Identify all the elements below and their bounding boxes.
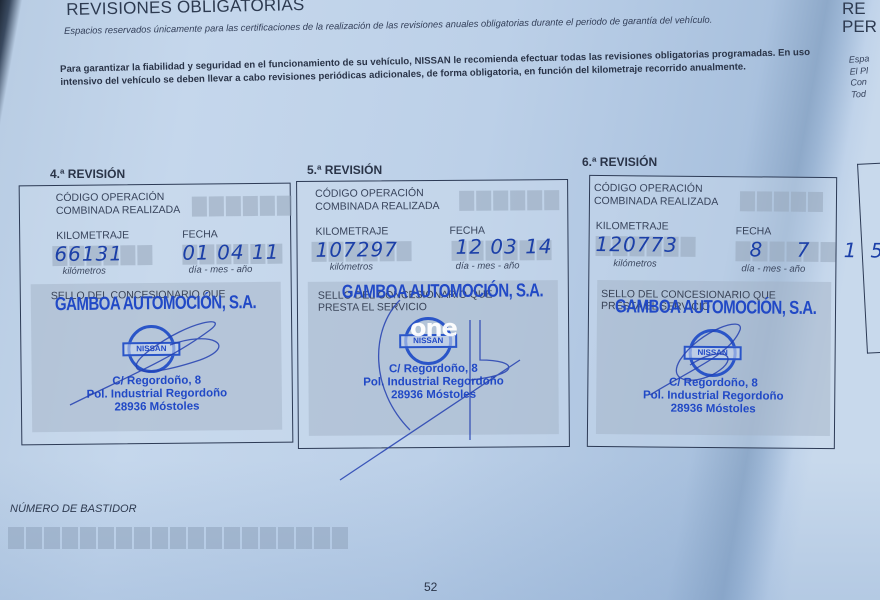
codigo-label-line2: COMBINADA REALIZADA (594, 195, 718, 209)
page-number: 52 (424, 580, 437, 594)
codigo-cells (192, 196, 292, 217)
codigo-cells (459, 190, 559, 211)
vin-cells (8, 527, 348, 549)
fecha-value: 01 04 11 (182, 240, 279, 265)
fecha-caption: día - mes - año (188, 264, 252, 276)
vin-label: NÚMERO DE BASTIDOR (10, 503, 137, 515)
kilometros-caption: kilómetros (613, 258, 656, 269)
stamp-address: C/ Regordoño, 8 Pol. Industrial Regordoñ… (348, 362, 518, 402)
stamp-address: C/ Regordoño, 8 Pol. Industrial Regordoñ… (628, 376, 798, 416)
watermark-logo: one (410, 314, 457, 342)
kilometraje-value: 120773 (595, 232, 678, 257)
codigo-label-line2: COMBINADA REALIZADA (56, 204, 180, 218)
next-page-title: RE PER (842, 0, 877, 36)
kilometros-caption: kilómetros (330, 261, 373, 272)
revision-5-heading: 5.ª REVISIÓN (307, 163, 382, 177)
next-page-intro: Espa El Pl Con Tod (848, 53, 872, 100)
kilometraje-value: 107297 (315, 237, 398, 262)
stamp-company: GAMBOA AUTOMOCIÓN, S.A. (342, 280, 543, 303)
fecha-value: 12 03 14 (455, 234, 552, 259)
intro-bold-text: Para garantizar la fiabilidad y segurida… (60, 47, 820, 89)
stamp-address: C/ Regordoño, 8 Pol. Industrial Regordoñ… (72, 374, 242, 415)
revision-6-heading: 6.ª REVISIÓN (582, 155, 657, 169)
revision-6-box: CÓDIGO OPERACIÓN COMBINADA REALIZADA KIL… (587, 175, 837, 449)
codigo-label-line1: CÓDIGO OPERACIÓN (315, 187, 424, 201)
codigo-label-line1: CÓDIGO OPERACIÓN (594, 182, 703, 196)
codigo-label-line1: CÓDIGO OPERACIÓN (56, 191, 165, 205)
dealer-stamp-area: SELLO DEL CONCESIONARIO QUE GAMBOA AUTOM… (31, 282, 283, 433)
nissan-logo-icon: NISSAN (688, 329, 736, 377)
nissan-logo-icon: NISSAN (127, 325, 176, 374)
fecha-caption: día - mes - año (741, 263, 805, 275)
revision-4-box: CÓDIGO OPERACIÓN COMBINADA REALIZADA KIL… (19, 183, 294, 446)
codigo-label-line2: COMBINADA REALIZADA (315, 200, 439, 214)
sello-label-line2: PRESTA EL SERVICIO (318, 301, 427, 314)
codigo-cells (740, 191, 823, 212)
dealer-stamp-area: SELLO DEL CONCESIONARIO QUE PRESTA EL SE… (596, 280, 831, 436)
page-title: REVISIONES OBLIGATORIAS (66, 0, 305, 20)
revision-4-heading: 4.ª REVISIÓN (50, 167, 125, 181)
kilometros-caption: kilómetros (62, 266, 105, 277)
stamp-company: GAMBOA AUTOMOCIÓN, S.A. (615, 296, 816, 319)
stamp-company: GAMBOA AUTOMOCIÓN, S.A. (55, 292, 256, 315)
kilometraje-value: 66131 (54, 241, 123, 266)
dealer-stamp-area: SELLO DEL CONCESIONARIO QUE PRESTA EL SE… (308, 280, 559, 436)
fecha-caption: día - mes - año (456, 260, 520, 271)
